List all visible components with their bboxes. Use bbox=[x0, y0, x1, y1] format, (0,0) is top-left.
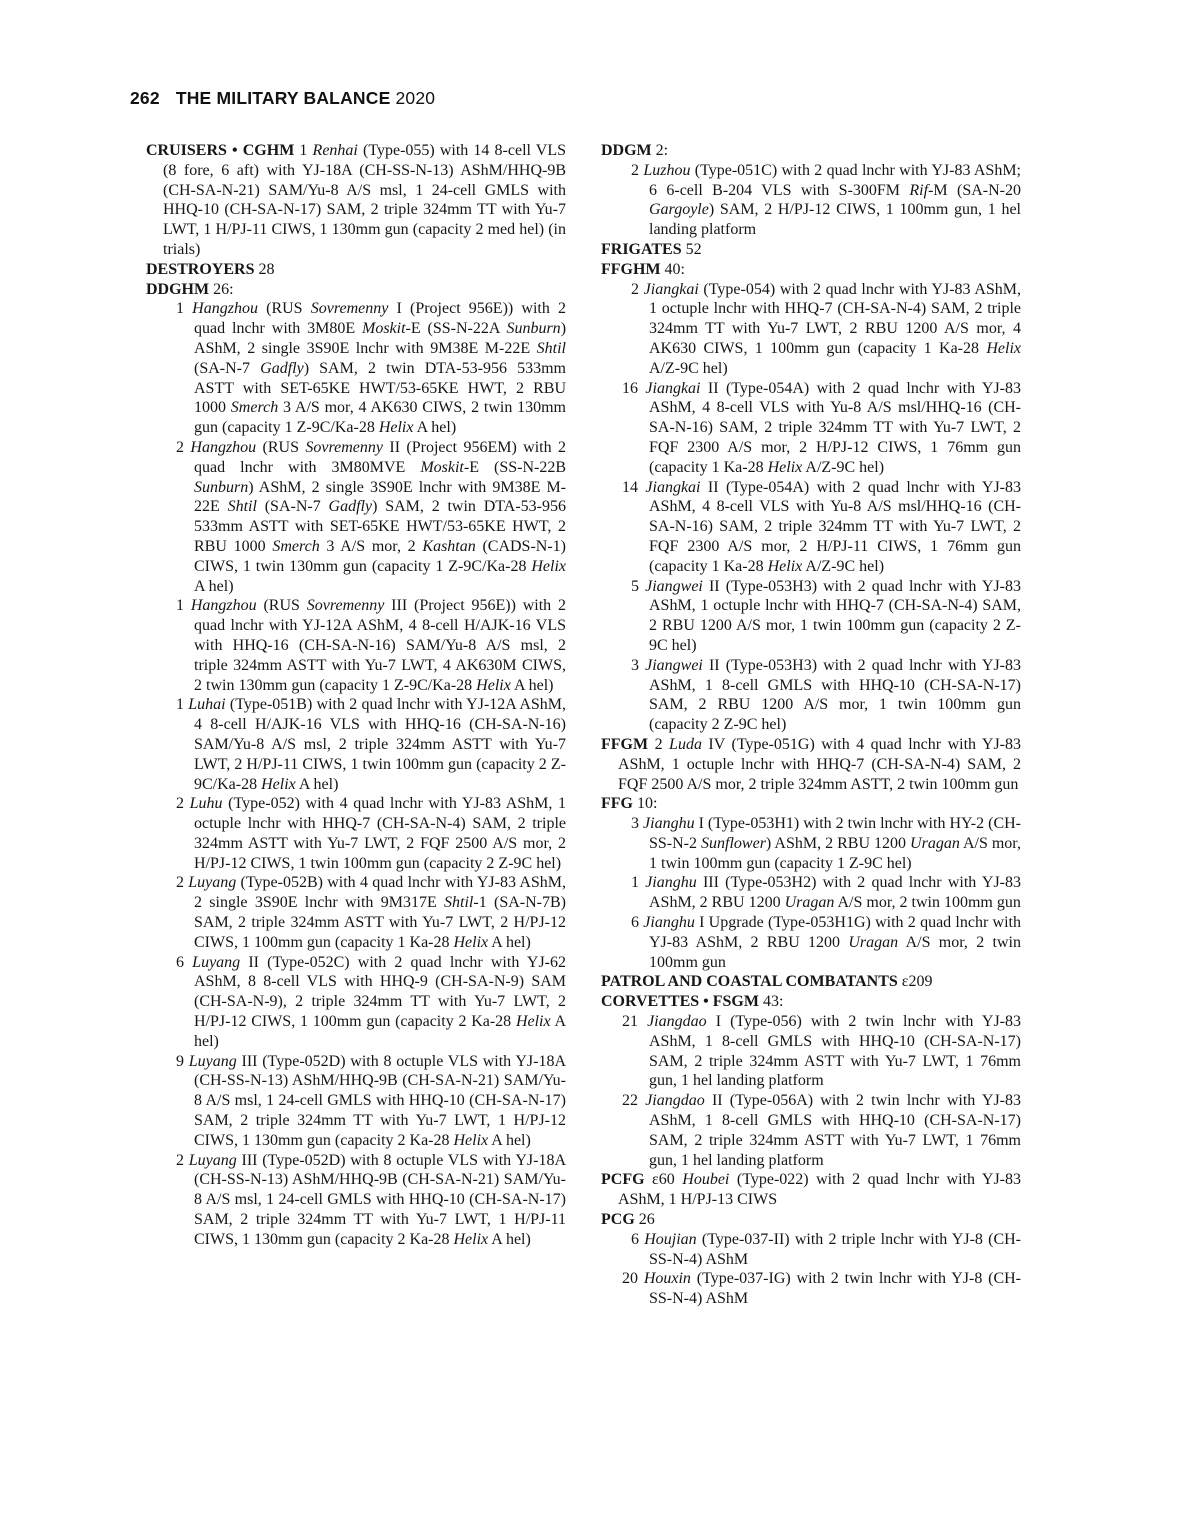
subsection-heading: PCG 26 bbox=[601, 1210, 1021, 1230]
publication-year: 2020 bbox=[395, 88, 435, 108]
equipment-entry: 21 Jiangdao I (Type-056) with 2 twin lnc… bbox=[601, 1012, 1021, 1091]
equipment-entry: 3 Jiangwei II (Type-053H3) with 2 quad l… bbox=[601, 656, 1021, 735]
subsection-heading: FFGHM 40: bbox=[601, 260, 1021, 280]
equipment-entry: 20 Houxin (Type-037-IG) with 2 twin lnch… bbox=[601, 1269, 1021, 1309]
equipment-entry: 1 Hangzhou (RUS Sovremenny I (Project 95… bbox=[146, 299, 566, 438]
equipment-entry: 2 Jiangkai (Type-054) with 2 quad lnchr … bbox=[601, 280, 1021, 379]
equipment-entry: 1 Luhai (Type-051B) with 2 quad lnchr wi… bbox=[146, 695, 566, 794]
equipment-entry: 3 Jianghu I (Type-053H1) with 2 twin lnc… bbox=[601, 814, 1021, 873]
section-entry: CRUISERS • CGHM 1 Renhai (Type-055) with… bbox=[146, 141, 566, 260]
equipment-entry: 6 Luyang II (Type-052C) with 2 quad lnch… bbox=[146, 953, 566, 1052]
equipment-entry: 2 Luyang III (Type-052D) with 8 octuple … bbox=[146, 1151, 566, 1250]
equipment-entry: 1 Jianghu III (Type-053H2) with 2 quad l… bbox=[601, 873, 1021, 913]
section-heading: PATROL AND COASTAL COMBATANTS ε209 bbox=[601, 972, 1021, 992]
equipment-entry: 16 Jiangkai II (Type-054A) with 2 quad l… bbox=[601, 379, 1021, 478]
publication-title: THE MILITARY BALANCE bbox=[176, 88, 391, 108]
subsection-heading: CORVETTES • FSGM 43: bbox=[601, 992, 1021, 1012]
equipment-entry: 9 Luyang III (Type-052D) with 8 octuple … bbox=[146, 1052, 566, 1151]
subsection-heading: DDGHM 26: bbox=[146, 280, 566, 300]
equipment-entry: 5 Jiangwei II (Type-053H3) with 2 quad l… bbox=[601, 577, 1021, 656]
page-number: 262 bbox=[130, 88, 160, 108]
equipment-entry: PCFG ε60 Houbei (Type-022) with 2 quad l… bbox=[601, 1170, 1021, 1210]
equipment-entry: 2 Luzhou (Type-051C) with 2 quad lnchr w… bbox=[601, 161, 1021, 240]
column-2: DDGM 2:2 Luzhou (Type-051C) with 2 quad … bbox=[601, 141, 1021, 1309]
equipment-entry: 2 Luhu (Type-052) with 4 quad lnchr with… bbox=[146, 794, 566, 873]
equipment-entry: 2 Hangzhou (RUS Sovremenny II (Project 9… bbox=[146, 438, 566, 596]
column-1: CRUISERS • CGHM 1 Renhai (Type-055) with… bbox=[146, 141, 566, 1309]
subsection-heading: FFG 10: bbox=[601, 794, 1021, 814]
section-heading: DESTROYERS 28 bbox=[146, 260, 566, 280]
equipment-entry: 6 Jianghu I Upgrade (Type-053H1G) with 2… bbox=[601, 913, 1021, 972]
subsection-heading: DDGM 2: bbox=[601, 141, 1021, 161]
section-heading: FRIGATES 52 bbox=[601, 240, 1021, 260]
equipment-entry: 14 Jiangkai II (Type-054A) with 2 quad l… bbox=[601, 478, 1021, 577]
equipment-entry: 6 Houjian (Type-037-II) with 2 triple ln… bbox=[601, 1230, 1021, 1270]
equipment-entry: 2 Luyang (Type-052B) with 4 quad lnchr w… bbox=[146, 873, 566, 952]
document-page: 262THE MILITARY BALANCE2020 CRUISERS • C… bbox=[0, 0, 1204, 1540]
equipment-entry: 22 Jiangdao II (Type-056A) with 2 twin l… bbox=[601, 1091, 1021, 1170]
page-header: 262THE MILITARY BALANCE2020 bbox=[130, 88, 435, 109]
equipment-entry: FFGM 2 Luda IV (Type-051G) with 4 quad l… bbox=[601, 735, 1021, 794]
content-columns: CRUISERS • CGHM 1 Renhai (Type-055) with… bbox=[146, 141, 1021, 1309]
equipment-entry: 1 Hangzhou (RUS Sovremenny III (Project … bbox=[146, 596, 566, 695]
